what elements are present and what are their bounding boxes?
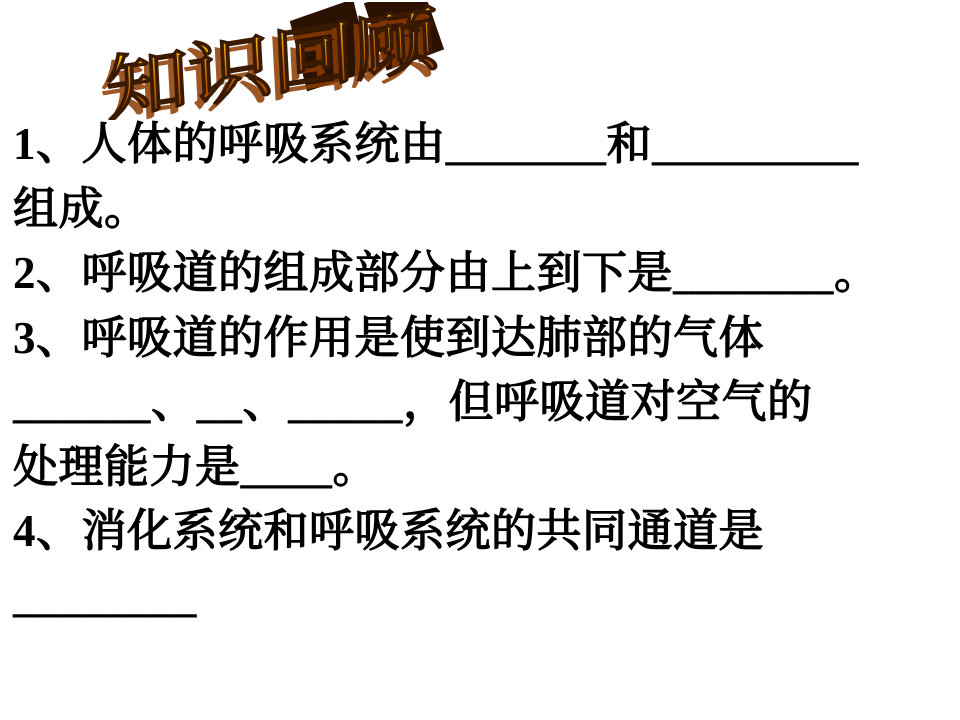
question-1-line-2: 组成。 xyxy=(13,177,960,242)
question-4-line-2: ________ xyxy=(13,564,960,629)
question-3-line-1: 3、呼吸道的作用是使到达肺部的气体 xyxy=(13,306,960,371)
question-list: 1、人体的呼吸系统由_______和_________ 组成。 2、呼吸道的组成… xyxy=(13,112,960,672)
question-3-line-2: ______、__、_____，但呼吸道对空气的 xyxy=(13,370,960,435)
wordart-text: 知识回顾 xyxy=(104,2,442,120)
question-4-line-1: 4、消化系统和呼吸系统的共同通道是 xyxy=(13,499,960,564)
question-2-line-1: 2、呼吸道的组成部分由上到下是_______。 xyxy=(13,241,960,306)
question-1-line-1: 1、人体的呼吸系统由_______和_________ xyxy=(13,112,960,177)
wordart-graphic: 知识回顾 知识回顾 xyxy=(100,2,450,120)
title-wordart: 知识回顾 知识回顾 xyxy=(100,2,450,120)
slide-background: 知识回顾 知识回顾 1、人体的呼吸系统由_______和_________ 组成… xyxy=(0,0,960,720)
question-3-line-3: 处理能力是____。 xyxy=(13,435,960,500)
